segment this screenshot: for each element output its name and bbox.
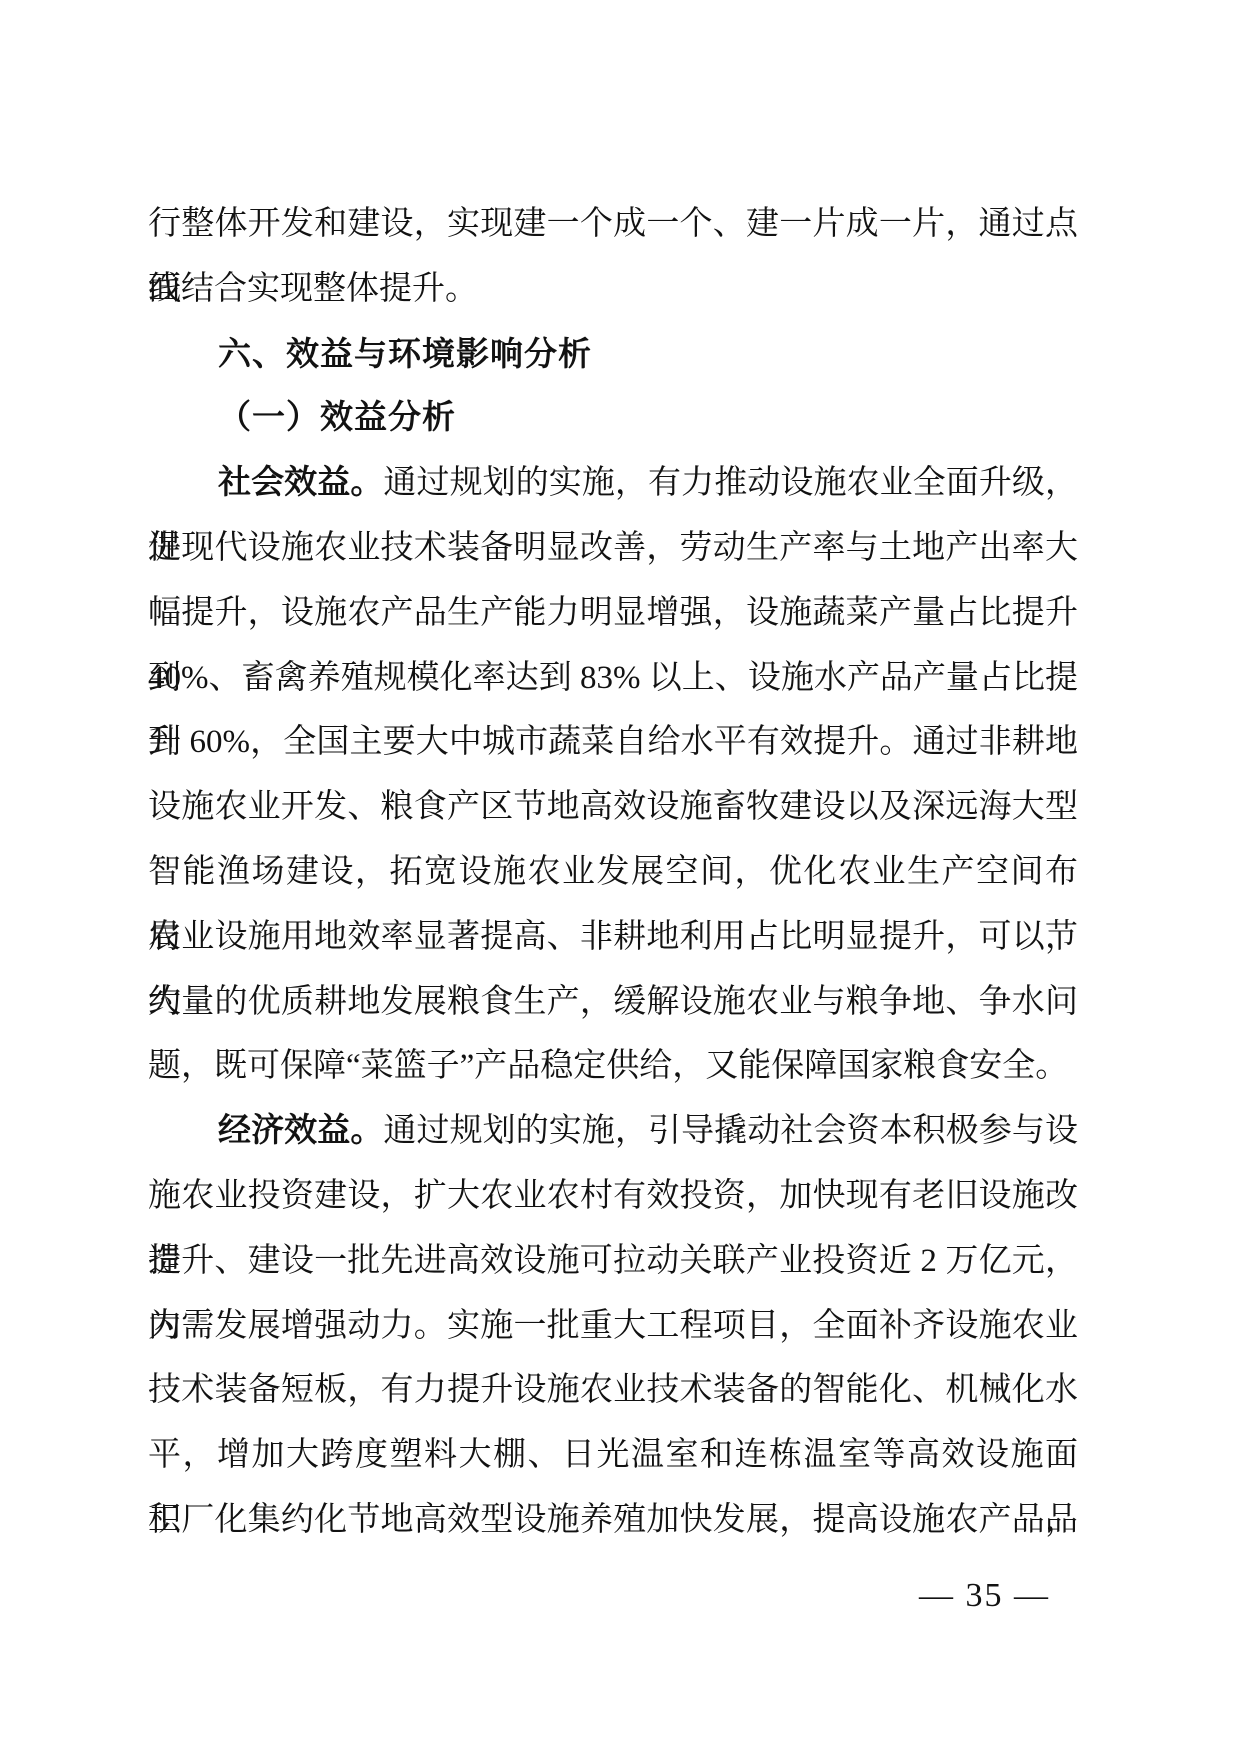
text-line: 到 60%，全国主要大中城市蔬菜自给水平有效提升。通过非耕地 [148,710,1078,775]
paragraph-lead: 社会效益。 [218,465,383,501]
paragraph-first-line: 社会效益。通过规划的实施，有力推动设施农业全面升级，促 [148,451,1078,516]
text-line: 施农业投资建设，扩大农业农村有效投资，加快现有老旧设施改造 [148,1164,1078,1229]
text-line: 农业设施用地效率显著提高、非耕地利用占比明显提升，可以节约 [148,905,1078,970]
document-page: 行整体开发和建设，实现建一个成一个、建一片成一片，通过点线 面结合实现整体提升。… [0,0,1240,1754]
paragraph-first-line: 经济效益。通过规划的实施，引导撬动社会资本积极参与设 [148,1099,1078,1164]
text-line: 进现代设施农业技术装备明显改善，劳动生产率与土地产出率大 [148,516,1078,581]
text-line: 行整体开发和建设，实现建一个成一个、建一片成一片，通过点线 [148,192,1078,257]
paragraph-lead-rest: 通过规划的实施，引导撬动社会资本积极参与设 [383,1113,1078,1149]
section-heading: 六、效益与环境影响分析 [148,322,1078,387]
text-line: 40%、畜禽养殖规模化率达到 83% 以上、设施水产品产量占比提升 [148,646,1078,711]
text-line: 平，增加大跨度塑料大棚、日光温室和连栋温室等高效设施面积， [148,1423,1078,1488]
text-line: 提升、建设一批先进高效设施可拉动关联产业投资近 2 万亿元，为 [148,1229,1078,1294]
text-line-paragraph-end: 题，既可保障“菜篮子”产品稳定供给，又能保障国家粮食安全。 [148,1034,1078,1099]
text-line: 幅提升，设施农产品生产能力明显增强，设施蔬菜产量占比提升到 [148,581,1078,646]
text-block: 行整体开发和建设，实现建一个成一个、建一片成一片，通过点线 面结合实现整体提升。… [148,192,1078,1553]
text-line: 技术装备短板，有力提升设施农业技术装备的智能化、机械化水 [148,1358,1078,1423]
text-line: 大量的优质耕地发展粮食生产，缓解设施农业与粮争地、争水问 [148,970,1078,1035]
text-line: 智能渔场建设，拓宽设施农业发展空间，优化农业生产空间布局， [148,840,1078,905]
text-line: 工厂化集约化节地高效型设施养殖加快发展，提高设施农产品品 [148,1488,1078,1553]
text-line: 设施农业开发、粮食产区节地高效设施畜牧建设以及深远海大型 [148,775,1078,840]
subsection-heading: （一）效益分析 [148,386,1078,451]
text-line: 内需发展增强动力。实施一批重大工程项目，全面补齐设施农业 [148,1294,1078,1359]
paragraph-lead: 经济效益。 [218,1113,383,1149]
page-number: — 35 — [919,1576,1050,1616]
text-line-paragraph-end: 面结合实现整体提升。 [148,257,1078,322]
